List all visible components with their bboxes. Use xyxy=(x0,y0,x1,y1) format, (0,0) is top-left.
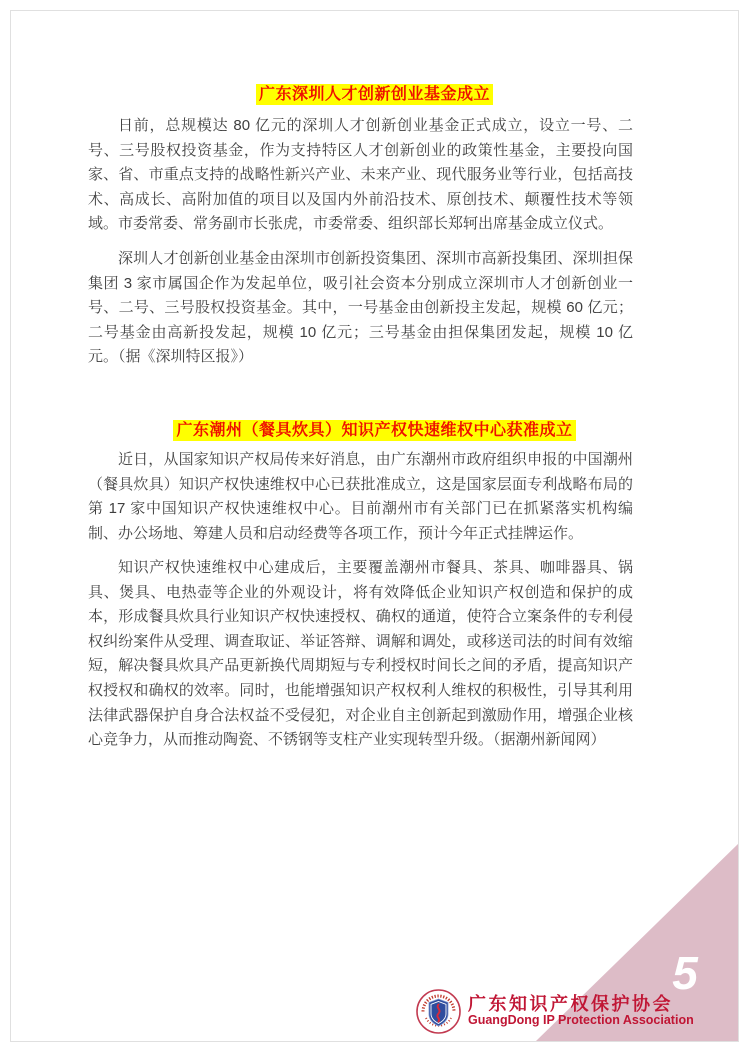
article-1-paragraph-2: 深圳人才创新创业基金由深圳市创新投资集团、深圳市高新投集团、深圳担保集团 3 家… xyxy=(88,247,633,370)
article-2-title-row: 广东潮州（餐具炊具）知识产权快速维权中心获准成立 xyxy=(10,420,739,441)
article-2-paragraph-2: 知识产权快速维权中心建成后，主要覆盖潮州市餐具、茶具、咖啡器具、锅具、煲具、电热… xyxy=(88,556,633,753)
document-page: 广东深圳人才创新创业基金成立 日前，总规模达 80 亿元的深圳人才创新创业基金正… xyxy=(0,0,750,1054)
article-1-title-row: 广东深圳人才创新创业基金成立 xyxy=(10,84,739,105)
page-number: 5 xyxy=(655,946,715,1000)
article-2-paragraph-1: 近日，从国家知识产权局传来好消息，由广东潮州市政府组织申报的中国潮州（餐具炊具）… xyxy=(88,448,633,546)
association-emblem-icon xyxy=(415,988,462,1035)
article-2-title: 广东潮州（餐具炊具）知识产权快速维权中心获准成立 xyxy=(173,420,575,441)
article-1-paragraph-1: 日前，总规模达 80 亿元的深圳人才创新创业基金正式成立，设立一号、二号、三号股… xyxy=(88,114,633,237)
article-1-title: 广东深圳人才创新创业基金成立 xyxy=(256,84,493,105)
association-name-en: GuangDong IP Protection Association xyxy=(468,1013,694,1027)
